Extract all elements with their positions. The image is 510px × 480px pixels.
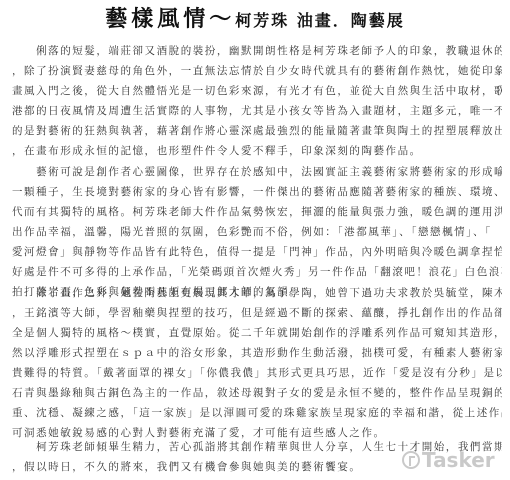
paragraph-painting: 藝術可說是創作者心靈圖像，世界存在於感知中，法國實証主義藝術家將藝術家的形成喻為… <box>12 162 502 302</box>
text-line: 的是對藝術的狂熱與執著，藉著創作將心靈深處最強烈的能量隨著畫筆與陶土的捏塑展釋放… <box>12 121 502 141</box>
text-line: 俐落的短髮，端莊卻又酒脫的裝扮，幽默開朗性格是柯芳珠老師予人的印象，教職退休的她 <box>12 41 502 61</box>
page-title: 藝樣風情～柯芳珠 油畫．陶藝展 <box>0 2 510 33</box>
text-line: 畫風入門之後，從大自然體悟光是一切色彩來源，有光才有色，並從大自然與生活中取材，… <box>12 81 502 101</box>
paragraph-ceramics: 除了畫作之外，她在陶藝上更展現其才華，為了學陶，她曾下過功夫求教於吳毓堂，陳木泉… <box>12 283 502 443</box>
text-line: 全是個人獨特的風格～樸實，直覺原始。從二千年就開始創作的浮雕系列作品可窺知其造形… <box>12 323 502 343</box>
text-line: 貴難得的特質。「戴著面罩的裸女」「你儂我儂」其形式更具巧思，近作「愛是沒有分秒」… <box>12 363 502 383</box>
text-line: ，除了扮演賢妻慈母的角色外，一直無法忘情於自少女時代就具有的藝術創作熱忱，她從印… <box>12 61 502 81</box>
text-line: 港都的日夜風情及周遭生活實際的人事物，尤其是小孩女等皆為入畫題材，主題多元，唯一… <box>12 101 502 121</box>
text-line: 一顆種子，生長境對藝術家的身心皆有影響，一件傑出的藝術品應隨著藝術家的種族、環境… <box>12 182 502 202</box>
text-line: 出作品幸福，溫馨，陽光普照的氛圍，色彩艷而不俗，例如：「港都風華」、「戀戀楓情」… <box>12 222 502 242</box>
text-line: 藝術可說是創作者心靈圖像，世界存在於感知中，法國實証主義藝術家將藝術家的形成喻為 <box>12 162 502 182</box>
text-line: ，王銘濱等大師，學習釉藥與捏塑的技巧，但是經過不斷的探索、蘊釀，掙扎創作出的作品… <box>12 303 502 323</box>
text-line: 愛河燈會」與靜物等作品皆有此特色，值得一提是「門神」作品，內外明暗與冷暖色調拿捏… <box>12 242 502 262</box>
text-line: ，假以時日，不久的將來，我們又有機會參與她與美的藝術饗宴。 <box>12 457 502 477</box>
title-sub: 柯芳珠 油畫．陶藝展 <box>235 11 405 30</box>
text-line: 好處是件不可多得的上承作品，「光榮碼頭首次煙火秀」另一件作品「翻滾吧！浪花」白色… <box>12 262 502 282</box>
title-main: 藝樣風情～ <box>105 6 235 32</box>
text-line: ，在畫布形成永恒的記憶，也形塑件件令人愛不釋手，印象深刻的陶藝作品。 <box>12 141 502 161</box>
text-line: 除了畫作之外，她在陶藝上更展現其才華，為了學陶，她曾下過功夫求教於吳毓堂，陳木泉 <box>12 283 502 303</box>
text-line: 柯芳珠老師傾畢生精力，苦心孤詣將其創作精華與世人分享，人生七十才開始，我們當期待 <box>12 437 502 457</box>
paragraph-intro: 俐落的短髮，端莊卻又酒脫的裝扮，幽默開朗性格是柯芳珠老師予人的印象，教職退休的她… <box>12 41 502 161</box>
document-page: 藝樣風情～柯芳珠 油畫．陶藝展 俐落的短髮，端莊卻又酒脫的裝扮，幽默開朗性格是柯… <box>0 0 510 480</box>
text-line: 然以浮雕形式捏塑在ｓｐａ中的浴女形象，其造形動作生動活潑，拙樸可愛，有種素人藝術… <box>12 343 502 363</box>
text-line: 代而有其獨特的風格。柯芳珠老師大件作品氣勢恢宏，揮灑的能量與張力強，暖色調的運用… <box>12 202 502 222</box>
text-line: 重、沈穩、凝練之感，「這一家族」是以渾圓可愛的珠雞家族呈現家庭的幸福和諧，從上述… <box>12 403 502 423</box>
text-line: 石青與墨綠釉與古銅色為主的一作品，敘述母親對子女的愛是永恒不變的，整件作品呈現銅… <box>12 383 502 403</box>
paragraph-closing: 柯芳珠老師傾畢生精力，苦心孤詣將其創作精華與世人分享，人生七十才開始，我們當期待… <box>12 437 502 477</box>
